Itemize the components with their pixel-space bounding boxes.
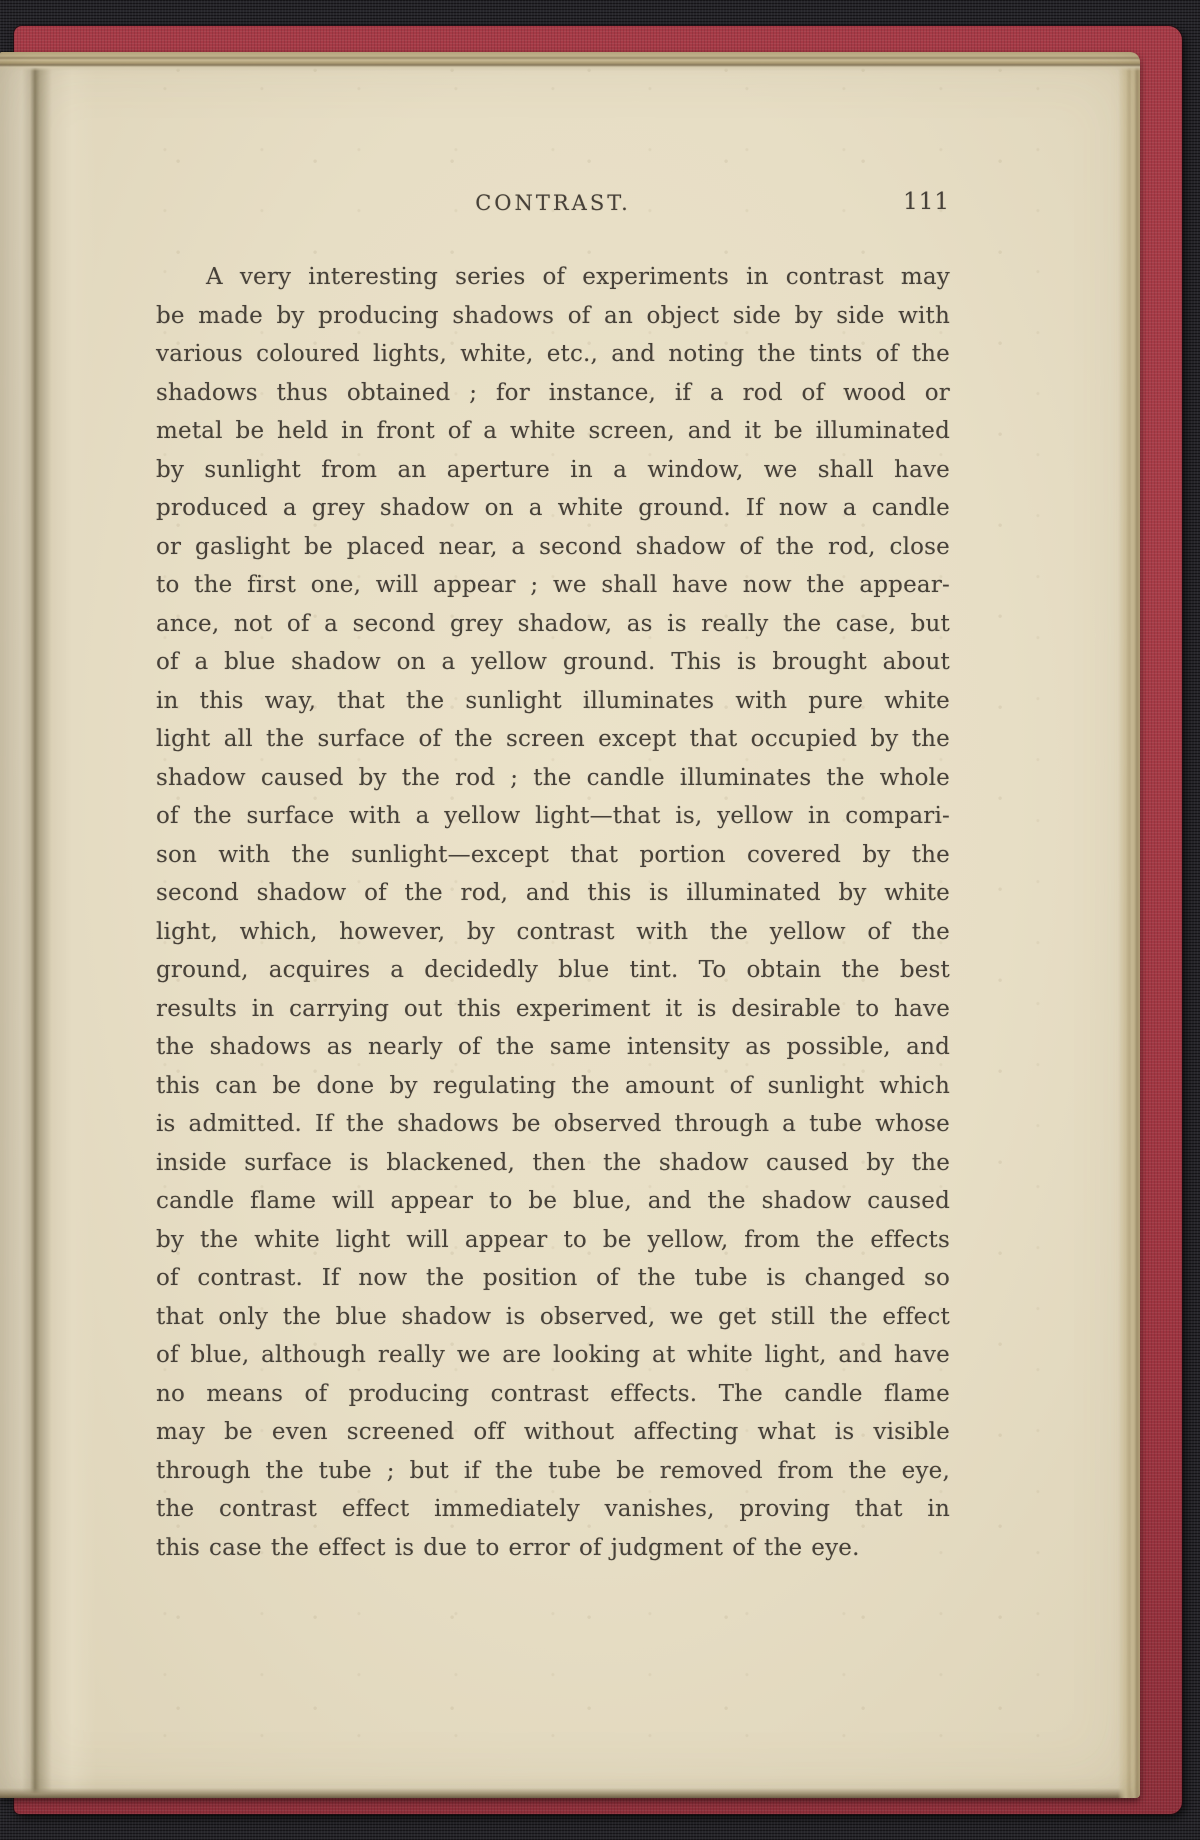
text-line: A very interesting series of experiments… [156,258,950,297]
text-line: produced a grey shadow on a white ground… [156,489,950,528]
book-photograph: CONTRAST. 111 A very interesting series … [0,0,1200,1840]
text-line: metal be held in front of a white screen… [156,412,950,451]
running-title: CONTRAST. [156,191,950,215]
text-line: this can be done by regulating the amoun… [156,1067,950,1106]
text-line: light all the surface of the screen exce… [156,720,950,759]
text-line: ground, acquires a decidedly blue tint. … [156,951,950,990]
text-line: shadows thus obtained ; for instance, if… [156,374,950,413]
text-line: various coloured lights, white, etc., an… [156,335,950,374]
text-line: son with the sunlight—except that portio… [156,836,950,875]
text-line: by sunlight from an aperture in a window… [156,451,950,490]
text-line: shadow caused by the rod ; the candle il… [156,759,950,798]
text-line: of the surface with a yellow light—that … [156,797,950,836]
text-line: may be even screened off without affecti… [156,1413,950,1452]
text-line: candle flame will appear to be blue, and… [156,1182,950,1221]
page-number: 111 [903,189,950,215]
text-line: the contrast effect immediately vanishes… [156,1490,950,1529]
book-page: CONTRAST. 111 A very interesting series … [0,52,1140,1798]
text-line: is admitted. If the shadows be observed … [156,1105,950,1144]
text-line: by the white light will appear to be yel… [156,1221,950,1260]
text-line: of a blue shadow on a yellow ground. Thi… [156,643,950,682]
text-line: through the tube ; but if the tube be re… [156,1452,950,1491]
page-header: CONTRAST. 111 [156,191,950,217]
body-text: A very interesting series of experiments… [156,258,950,1567]
text-line: results in carrying out this experiment … [156,990,950,1029]
text-line: no means of producing contrast effects. … [156,1375,950,1414]
text-line: of blue, although really we are looking … [156,1336,950,1375]
text-line: of contrast. If now the position of the … [156,1259,950,1298]
text-line: be made by producing shadows of an objec… [156,297,950,336]
text-line: to the first one, will appear ; we shall… [156,566,950,605]
text-line: light, which, however, by contrast with … [156,913,950,952]
text-line: or gaslight be placed near, a second sha… [156,528,950,567]
text-line: that only the blue shadow is observed, w… [156,1298,950,1337]
text-line: this case the effect is due to error of … [156,1529,950,1568]
text-line: in this way, that the sunlight illuminat… [156,682,950,721]
text-line: second shadow of the rod, and this is il… [156,874,950,913]
text-line: ance, not of a second grey shadow, as is… [156,605,950,644]
text-line: inside surface is blackened, then the sh… [156,1144,950,1183]
text-line: the shadows as nearly of the same intens… [156,1028,950,1067]
